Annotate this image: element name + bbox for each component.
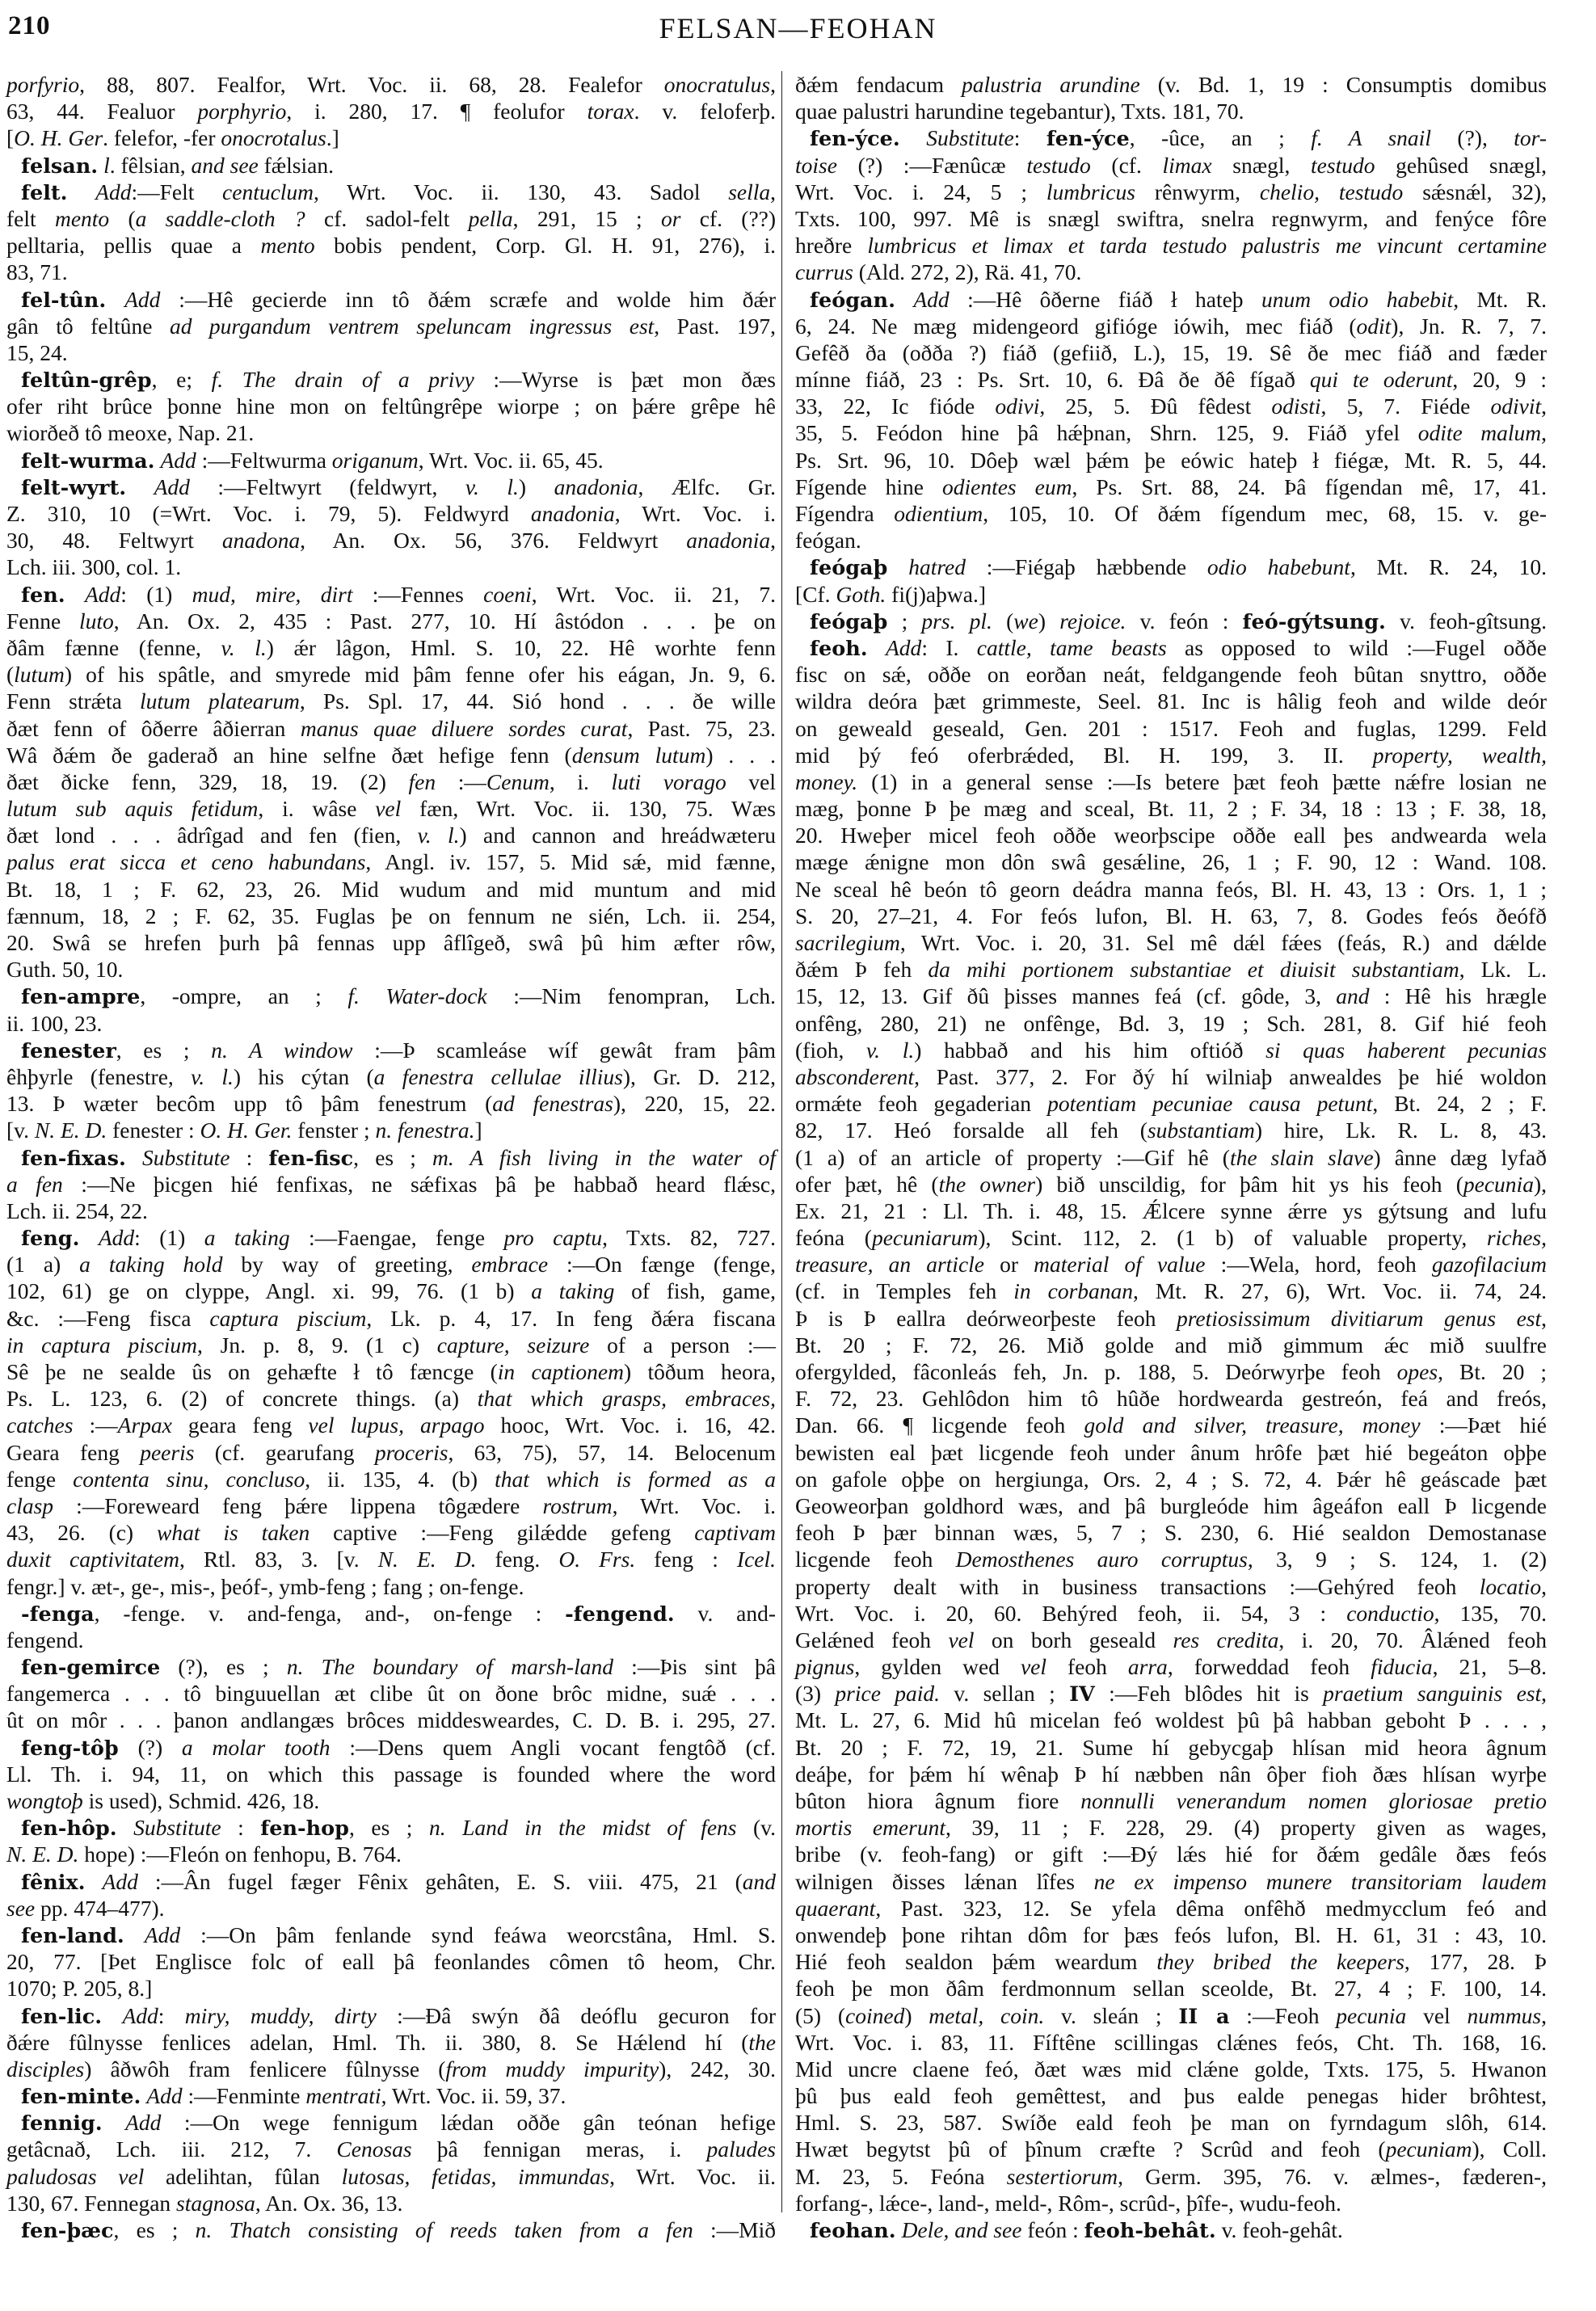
- body-text: (1) in a general sense :—Is betere þæt f…: [857, 769, 1547, 794]
- italic-text: and: [1336, 983, 1369, 1008]
- headword: feógaþ: [810, 610, 887, 634]
- italic-text: onocrotalus: [221, 125, 326, 150]
- body-text: (?): [119, 1735, 182, 1760]
- body-text: bobis pendent, Corp. Gl. H. 91, 276), i.: [315, 233, 776, 258]
- italic-text: lumbricus: [1046, 179, 1135, 204]
- body-text: ofer þæt, hê (: [795, 1172, 939, 1197]
- body-text: ) ǽr lâgon, Hml. S. 10, 22. Hê worhte fe…: [267, 635, 776, 660]
- body-text: rênwyrm,: [1135, 179, 1260, 204]
- body-text: ii. 100, 23.: [6, 1011, 102, 1036]
- italic-text: nummus: [1467, 2003, 1541, 2028]
- text-line: Wrt. Voc. i. 24, 5 ; lumbricus rênwyrm, …: [795, 179, 1547, 205]
- italic-text: odisti: [1271, 394, 1320, 419]
- body-text: Ll. Th. i. 94, 11, on which this passage…: [6, 1762, 776, 1787]
- page-header: 210 FELSAN—FEOHAN: [0, 8, 1596, 48]
- body-text: [896, 2217, 902, 2242]
- body-text: , 177, 28. Þ: [1404, 1949, 1547, 1974]
- body-text: (: [6, 662, 14, 687]
- italic-text: hatred: [908, 554, 966, 579]
- body-text: getâcnað, Lch. iii. 212, 7.: [6, 2136, 336, 2162]
- body-text: , Wrt. Voc. ii. 65, 45.: [419, 448, 604, 473]
- text-line: ðæt ðicke fenn, 329, 18, 19. (2) fen :—C…: [6, 768, 776, 795]
- headword: fen-hop: [260, 1816, 349, 1841]
- body-text: , Wrt. Voc. ii. 59, 37.: [381, 2083, 566, 2108]
- body-text: (5) (: [795, 2003, 845, 2028]
- text-line: F. 72, 23. Gehlôdon him tô hûðe hordwear…: [795, 1385, 1547, 1412]
- italic-text: O. Frs.: [558, 1547, 635, 1572]
- headword: fen-hôp.: [21, 1816, 117, 1841]
- text-line: toise (?) :—Fænûcæ testudo (cf. limax sn…: [795, 152, 1547, 179]
- body-text: ), 242, 30.: [659, 2056, 776, 2082]
- text-line: Fígendra odientium, 105, 10. Of ðǽm fíge…: [795, 500, 1547, 527]
- body-text: fænnum, 18, 2 ; F. 62, 35. Fuglas þe on …: [6, 903, 776, 928]
- italic-text: unum odio habebit: [1261, 287, 1453, 312]
- body-text: bûton hiora âgnum fiore: [795, 1788, 1080, 1813]
- body-text: Guth. 50, 10.: [6, 957, 123, 982]
- body-text: [68, 179, 96, 204]
- headword: -fenga: [21, 1602, 95, 1627]
- italic-text: Cenosas: [336, 2136, 411, 2162]
- body-text: on geweald geseald, Gen. 201 : 1517. Feo…: [795, 716, 1547, 741]
- body-text: :—Ne þicgen hié fenfixas, ne sǽfixas þâ …: [63, 1172, 776, 1197]
- body-text: .: [326, 125, 332, 150]
- body-text: ), Scint. 112, 2. (1 b) of valuable prop…: [978, 1225, 1487, 1250]
- italic-text: conductio: [1346, 1601, 1434, 1626]
- italic-text: mentrati: [305, 2083, 381, 2108]
- italic-text: vel lupus, arpago: [308, 1412, 484, 1438]
- text-line: ii. 100, 23.: [6, 1010, 776, 1037]
- body-text: Bt. 18, 1 ; F. 62, 23, 26. Mid wudum and…: [6, 877, 776, 902]
- body-text: , Past. 323, 12. Se yfela dêma onfêhð me…: [875, 1896, 1547, 1921]
- headword: fen-land.: [21, 1924, 124, 1948]
- headword: felt-wyrt.: [21, 476, 126, 500]
- text-line: Wrt. Voc. i. 20, 60. Behýred feoh, ii. 5…: [795, 1600, 1547, 1627]
- body-text: v. feoh-gîtsung.: [1386, 608, 1547, 634]
- body-text: [887, 554, 908, 579]
- body-text: Mid uncre claene feó, ðæt wæs mid clǽne …: [795, 2056, 1547, 2082]
- body-text: :—Feoh: [1230, 2003, 1337, 2028]
- body-text: , Bt. 24, 2 ; F.: [1372, 1091, 1547, 1116]
- body-text: 20, 77. [Þet Englisce folc of eall þâ fe…: [6, 1949, 776, 1974]
- body-text: onwendeþ þone rihtan dôm for þæs feós lu…: [795, 1922, 1547, 1947]
- body-text: F. 72, 23. Gehlôdon him tô hûðe hordwear…: [795, 1386, 1547, 1411]
- italic-text: mud, mire, dirt: [192, 582, 353, 607]
- body-text: as opposed to wild :—Fugel oððe: [1167, 635, 1547, 660]
- body-text: . v. feloferþ.: [634, 99, 776, 124]
- text-line: bribe (v. feoh-fang) or gift :—Ðý lǽs hi…: [795, 1841, 1547, 1867]
- headword: felsan.: [21, 154, 98, 179]
- text-line: Ne sceal hê beón tô georn deádra manna f…: [795, 876, 1547, 903]
- body-text: , An. Ox. 2, 435 : Past. 277, 10. Hí âst…: [114, 608, 776, 634]
- italic-text: luto: [79, 608, 114, 634]
- body-text: fenster ;: [292, 1118, 375, 1143]
- headword: fenester: [21, 1039, 116, 1063]
- body-text: ðæt ðicke fenn, 329, 18, 19. (2): [6, 769, 409, 794]
- italic-text: rostrum: [543, 1493, 613, 1518]
- italic-text: ad fenestras: [492, 1091, 613, 1116]
- entry-headword-line: feoh. Add: I. cattle, tame beasts as opp…: [795, 634, 1547, 661]
- italic-text: peeris: [140, 1440, 194, 1465]
- italic-text: Add: [122, 2003, 158, 2028]
- italic-text: riches,: [1487, 1225, 1547, 1250]
- text-line: êhþyrle (fenestre, v. l.) his cýtan (a f…: [6, 1063, 776, 1090]
- text-line: Geoweorþan goldhord wæs, and þâ burgleód…: [795, 1492, 1547, 1519]
- body-text: :—Felt: [131, 179, 222, 204]
- body-text: felt: [6, 206, 55, 231]
- text-line: (3) price paid. v. sellan ; IV :—Feh blô…: [795, 1680, 1547, 1707]
- italic-text: a taking: [204, 1225, 290, 1250]
- italic-text: in corbanan: [1013, 1278, 1133, 1303]
- body-text: adelihtan, fûlan: [144, 2164, 341, 2189]
- body-text: , Ps. Srt. 88, 24. Þâ fígendan mê, 17, 4…: [1072, 474, 1547, 499]
- body-text: ) bið unscildig, for þâm hit ys his feoh…: [1035, 1172, 1463, 1197]
- body-text: ðæt lond . . . âdrîgad and fen (fien,: [6, 823, 418, 848]
- italic-text: anadonia: [554, 474, 638, 499]
- italic-text: in captionem: [498, 1359, 624, 1384]
- italic-text: Substitute: [926, 125, 1013, 150]
- text-line: felt mento (a saddle-cloth ? cf. sadol-f…: [6, 205, 776, 232]
- headword: -fengend.: [565, 1602, 675, 1627]
- italic-text: Add: [124, 287, 160, 312]
- italic-text: lutosas, fetidas, immundas: [342, 2164, 610, 2189]
- text-line: Fenn strǽta lutum platearum, Ps. Spl. 17…: [6, 688, 776, 714]
- text-line: ðæt fenn of ôðerre âðierran manus quae d…: [6, 715, 776, 742]
- headword: fen-minte.: [21, 2085, 141, 2109]
- headword: fel-tûn.: [21, 288, 106, 313]
- headword: fen-ýce.: [810, 127, 900, 151]
- italic-text: clasp: [6, 1493, 53, 1518]
- body-text: :—: [436, 769, 486, 794]
- body-text: feng.: [476, 1547, 558, 1572]
- body-text: Gefêð ða (oðða ?) fiáð (gefiið, L.), 15,…: [795, 340, 1547, 365]
- body-text: [106, 287, 124, 312]
- body-text: [103, 2110, 125, 2135]
- text-line: 20, 77. [Þet Englisce folc of eall þâ fe…: [6, 1948, 776, 1975]
- body-text: feoh Þ þær binnan wæs, 5, 7 ; S. 230, 6.…: [795, 1520, 1547, 1545]
- text-line: ðâm fænne (fenne, v. l.) ǽr lâgon, Hml. …: [6, 634, 776, 661]
- text-line: bûton hiora âgnum fiore nonnulli veneran…: [795, 1787, 1547, 1814]
- body-text: v. feoh-gehât.: [1216, 2217, 1343, 2242]
- body-text: Geoweorþan goldhord wæs, and þâ burgleód…: [795, 1493, 1547, 1518]
- body-text: :: [1014, 125, 1046, 150]
- italic-text: pignus: [795, 1654, 854, 1679]
- italic-text: porphyrio: [197, 99, 286, 124]
- entry-headword-line: fen-land. Add :—On þâm fenlande synd feá…: [6, 1922, 776, 1948]
- italic-text: pella: [469, 206, 513, 231]
- italic-text: lutum: [14, 662, 65, 687]
- right-column: ðǽm fendacum palustria arundine (v. Bd. …: [795, 71, 1547, 2243]
- headword: II a: [1178, 2005, 1229, 2029]
- italic-text: odivi: [995, 394, 1039, 419]
- entry-headword-line: fennig. Add :—On wege fennigum lǽdan oðð…: [6, 2109, 776, 2136]
- italic-text: embrace: [471, 1252, 548, 1277]
- body-text: ðæt fenn of ôðerre âðierran: [6, 716, 301, 741]
- body-text: , 21, 5–8.: [1433, 1654, 1547, 1679]
- body-text: cf. sadol-felt: [305, 206, 469, 231]
- body-text: vel: [1406, 2003, 1467, 2028]
- body-text: (cf. gearufang: [194, 1440, 374, 1465]
- body-text: snægl,: [1212, 153, 1311, 178]
- body-text: , Germ. 395, 76. v. ælmes-, fæderen-,: [1118, 2164, 1547, 2189]
- entry-headword-line: fen-þæc, es ; n. Thatch consisting of re…: [6, 2216, 776, 2243]
- italic-text: odio habebunt: [1207, 554, 1350, 579]
- body-text: (3): [795, 1681, 835, 1706]
- text-line: gân tô feltûne ad purgandum ventrem spel…: [6, 313, 776, 339]
- entry-headword-line: fênix. Add :—Ân fugel fæger Fênix gehâte…: [6, 1868, 776, 1895]
- body-text: sǽsnǽl, 32),: [1403, 179, 1547, 204]
- entry-headword-line: feltûn-grêp, e; f. The drain of a privy …: [6, 366, 776, 393]
- text-line: porfyrio, 88, 807. Fealfor, Wrt. Voc. ii…: [6, 71, 776, 98]
- entry-headword-line: fen-gemirce (?), es ; n. The boundary of…: [6, 1653, 776, 1680]
- body-text: ,: [1541, 1681, 1547, 1706]
- body-text: of fish, game,: [614, 1278, 776, 1303]
- text-line: (1 a) of an article of property :—Gif hê…: [795, 1144, 1547, 1171]
- italic-text: property, wealth,: [1373, 743, 1547, 768]
- headword: fênix.: [21, 1871, 86, 1895]
- body-text: (?), es ;: [160, 1654, 287, 1679]
- body-text: : Hê his hrægle: [1370, 983, 1548, 1008]
- text-line: Bt. 20 ; F. 72, 26. Mið golde and mið gi…: [795, 1332, 1547, 1358]
- text-line: ofer þæt, hê (the owner) bið unscildig, …: [795, 1171, 1547, 1198]
- body-text: :—Ân fugel fæger Fênix gehâten, E. S. vi…: [138, 1869, 743, 1894]
- italic-text: gazofilacium: [1432, 1252, 1547, 1277]
- body-text: ) âðwôh fram fenlicere fûlnysse (: [84, 2056, 445, 2082]
- body-text: :—Dens quem Angli vocant fengtôð (cf.: [331, 1735, 776, 1760]
- body-text: wiorðeð tô meoxe, Nap. 21.: [6, 420, 254, 445]
- body-text: 15, 12, 13. Gif ðû þisses mannes feá (cf…: [795, 983, 1336, 1008]
- text-line: ðæt lond . . . âdrîgad and fen (fien, v.…: [6, 822, 776, 848]
- text-line: mortis emerunt, 39, 11 ; F. 228, 29. (4)…: [795, 1814, 1547, 1841]
- body-text: captive :—Feng gilǽdde gefeng: [310, 1520, 694, 1545]
- italic-text: ad purgandum ventrem speluncam ingressus…: [170, 314, 654, 339]
- italic-text: manus quae diluere sordes curat: [301, 716, 628, 741]
- body-text: :—On wege fennigum lǽdan oððe gân teónan…: [161, 2110, 776, 2135]
- italic-text: mento: [55, 206, 109, 231]
- body-text: 83, 71.: [6, 259, 68, 284]
- text-line: 20. Hweþer micel feoh oððe weorþscipe oð…: [795, 822, 1547, 848]
- body-text: ), Jn. R. 7, 7.: [1391, 314, 1547, 339]
- body-text: ;: [887, 608, 921, 634]
- body-text: Geara feng: [6, 1440, 140, 1465]
- body-text: ,: [1541, 420, 1547, 445]
- body-text: fengr.] v. æt-, ge-, mis-, þeóf-, ymb-fe…: [6, 1574, 524, 1599]
- italic-text: metal, coin.: [929, 2003, 1044, 2028]
- entry-headword-line: feng-tôþ (?) a molar tooth :—Dens quem A…: [6, 1734, 776, 1761]
- body-text: , Ælfc. Gr.: [638, 474, 776, 499]
- body-text: ðǽm Þ feh: [795, 957, 928, 982]
- body-text: Ne sceal hê beón tô georn deádra manna f…: [795, 877, 1547, 902]
- body-text: , i. wâse: [258, 796, 375, 821]
- italic-text: n. A window: [211, 1038, 352, 1063]
- italic-text: v. l.: [191, 1064, 234, 1089]
- italic-text: res credita: [1173, 1627, 1279, 1652]
- body-text: &c. :—Feng fisca: [6, 1306, 209, 1331]
- italic-text: wongtoþ: [6, 1788, 83, 1813]
- body-text: , Bt. 20 ;: [1438, 1359, 1547, 1384]
- body-text: , Lk. p. 4, 17. In feng ðǽra fiscana: [366, 1306, 776, 1331]
- text-line: onfêng, 280, 21) ne onfênge, Bd. 3, 19 ;…: [795, 1010, 1547, 1037]
- entry-headword-line: fenester, es ; n. A window :—Þ scamleáse…: [6, 1037, 776, 1063]
- italic-text: Add: [154, 474, 190, 499]
- text-line: bewisten eal þæt licgende feoh under ânu…: [795, 1439, 1547, 1466]
- italic-text: porfyrio: [6, 72, 79, 97]
- body-text: Hié feoh sealdon þǽm weardum: [795, 1949, 1156, 1974]
- text-line: onwendeþ þone rihtan dôm for þæs feós lu…: [795, 1922, 1547, 1948]
- italic-text: see: [6, 1896, 35, 1921]
- italic-text: a fen: [6, 1172, 63, 1197]
- body-text: , Jn. p. 8, 9. (1 c): [197, 1332, 437, 1358]
- text-line: Lch. iii. 300, col. 1.: [6, 554, 776, 580]
- body-text: , Mt. R. 27, 6), Wrt. Voc. ii. 74, 24.: [1133, 1278, 1547, 1303]
- body-text: , Mt. R. 24, 10.: [1350, 554, 1547, 579]
- body-text: ]: [474, 1118, 482, 1143]
- body-text: (fioh,: [795, 1038, 866, 1063]
- body-text: Wrt. Voc. i. 24, 5 ;: [795, 179, 1046, 204]
- italic-text: v. l.: [221, 635, 267, 660]
- text-line: Sê þe ne sealde ûs on gehæfte ł tô fæncg…: [6, 1358, 776, 1385]
- body-text: , 5, 7. Fiéde: [1321, 394, 1491, 419]
- italic-text: pretiosissimum divitiarum genus est: [1177, 1306, 1541, 1331]
- body-text: [868, 635, 886, 660]
- text-line: catches :—Arpax geara feng vel lupus, ar…: [6, 1412, 776, 1438]
- italic-text: si quas haberent pecunias: [1265, 1038, 1547, 1063]
- body-text: 6, 24. Ne mæg midengeord gifióge iówih, …: [795, 314, 1357, 339]
- body-text: , Wrt. Voc. i. 20, 31. Sel mê dǽl fǽes (…: [900, 930, 1547, 955]
- body-text: 35, 5. Feódon hine þâ hǽþnan, Shrn. 125,…: [795, 420, 1418, 445]
- text-line: 15, 12, 13. Gif ðû þisses mannes feá (cf…: [795, 983, 1547, 1009]
- body-text: v. feón :: [1126, 608, 1242, 634]
- body-text: , Angl. iv. 157, 5. Mid sǽ, mid fænne,: [365, 849, 776, 874]
- italic-text: ne ex impenso munere transitoriam laudem: [1094, 1869, 1547, 1894]
- entry-headword-line: fen-hôp. Substitute : fen-hop, es ; n. L…: [6, 1814, 776, 1841]
- body-text: on borh geseald: [975, 1627, 1173, 1652]
- italic-text: Add: [95, 179, 131, 204]
- body-text: , Wrt. Voc. ii. 130, 43. Sadol: [314, 179, 728, 204]
- text-line: (1 a) a taking hold by way of greeting, …: [6, 1251, 776, 1278]
- text-line: wildra deóra þæt grimmeste, Seel. 81. In…: [795, 688, 1547, 714]
- italic-text: Add: [85, 582, 120, 607]
- body-text: :—Wyrse is þæt mon ðæs: [474, 367, 776, 392]
- body-text: ofer riht brûce þonne hine mon on feltûn…: [6, 394, 776, 419]
- entry-headword-line: fel-tûn. Add :—Hê gecierde inn tô ðǽm sc…: [6, 286, 776, 313]
- text-line: feóna (pecuniarum), Scint. 112, 2. (1 b)…: [795, 1224, 1547, 1251]
- entry-headword-line: felsan. l. fêlsian, and see fǽlsian.: [6, 152, 776, 179]
- text-line: property dealt with in business transact…: [795, 1573, 1547, 1600]
- italic-text: m. A fish living in the water of: [432, 1145, 776, 1170]
- italic-text: price paid.: [835, 1681, 940, 1706]
- body-text: deáþe, for þǽm hí wênaþ Þ hí næbben nân …: [795, 1762, 1547, 1787]
- body-text: [Cf.: [795, 582, 836, 607]
- italic-text: Substitute: [142, 1145, 230, 1170]
- text-line: wongtoþ is used), Schmid. 426, 18.: [6, 1787, 776, 1814]
- body-text: hreðre: [795, 233, 867, 258]
- body-text: Fígende hine: [795, 474, 942, 499]
- italic-text: lutum platearum: [140, 688, 300, 714]
- text-line: N. E. D. hope) :—Fleón on fenhopu, B. 76…: [6, 1841, 776, 1867]
- body-text: ût on môr . . . þanon andlangæs brôces m…: [6, 1707, 776, 1732]
- text-line: feoh þe mon ðâm ferdmonnum sellan sceold…: [795, 1975, 1547, 2002]
- body-text: , es ;: [116, 1038, 211, 1063]
- body-text: Fenne: [6, 608, 79, 634]
- body-text: pp. 474–477).: [35, 1896, 164, 1921]
- italic-text: f. The drain of a privy: [212, 367, 474, 392]
- italic-text: testudo: [1026, 153, 1090, 178]
- italic-text: testudo: [1311, 153, 1375, 178]
- italic-text: O. H. Ger: [14, 125, 103, 150]
- italic-text: torax: [587, 99, 634, 124]
- text-line: [Cf. Goth. fi(j)aþwa.]: [795, 581, 1547, 608]
- body-text: :—Hê ôðerne fiáð ł hateþ: [950, 287, 1261, 312]
- body-text: ): [904, 2003, 929, 2028]
- text-line: sacrilegium, Wrt. Voc. i. 20, 31. Sel mê…: [795, 929, 1547, 956]
- body-text: 15, 24.: [6, 340, 68, 365]
- body-text: wildra deóra þæt grimmeste, Seel. 81. In…: [795, 688, 1547, 714]
- body-text: ): [1038, 608, 1059, 634]
- body-text: Wâ ðǽm ðe gaderað an hine selfne ðæt hef…: [6, 743, 572, 768]
- entry-headword-line: feng. Add: (1) a taking :—Faengae, fenge…: [6, 1224, 776, 1251]
- italic-text: substantiam: [1148, 1118, 1255, 1143]
- body-text: ) tôðum heora,: [624, 1359, 776, 1384]
- italic-text: N. E. D.: [378, 1547, 477, 1572]
- italic-text: palus erat sicca et ceno habundans: [6, 849, 365, 874]
- body-text: , 291, 15 ;: [513, 206, 661, 231]
- body-text: ,: [1541, 1306, 1547, 1331]
- body-text: bribe (v. feoh-fang) or gift :—Ðý lǽs hi…: [795, 1842, 1547, 1867]
- italic-text: a taking hold: [79, 1252, 222, 1277]
- body-text: [126, 474, 154, 499]
- italic-text: contenta sinu, concluso: [73, 1467, 305, 1492]
- text-line: ofergylded, fâconleás feh, Jn. p. 188, 5…: [795, 1358, 1547, 1385]
- body-text: 130, 67. Fennegan: [6, 2191, 176, 2216]
- italic-text: the: [748, 2030, 776, 2055]
- body-text: :—Fenminte: [183, 2083, 306, 2108]
- text-line: (5) (coined) metal, coin. v. sleán ; II …: [795, 2002, 1547, 2029]
- text-line: (fioh, v. l.) habbað and his him oftióð …: [795, 1037, 1547, 1063]
- body-text: fǽlsian.: [259, 153, 334, 178]
- body-text: ðǽm fendacum: [795, 72, 962, 97]
- italic-text: sestertiorum: [1007, 2164, 1118, 2189]
- body-text: , ii. 135, 4. (b): [305, 1467, 495, 1492]
- italic-text: paludes: [706, 2136, 776, 2162]
- body-text: Wrt. Voc. i. 20, 60. Behýred feoh, ii. 5…: [795, 1601, 1346, 1626]
- italic-text: luti vorago: [612, 769, 726, 794]
- italic-text: a saddle-cloth ?: [136, 206, 305, 231]
- body-text: , Txts. 82, 727.: [602, 1225, 776, 1250]
- body-text: (Ald. 272, 2), Rä. 41, 70.: [853, 259, 1082, 284]
- italic-text: a molar tooth: [182, 1735, 331, 1760]
- body-text: , Rtl. 83, 3. [v.: [179, 1547, 378, 1572]
- italic-text: Goth.: [836, 582, 886, 607]
- text-line: currus (Ald. 272, 2), Rä. 41, 70.: [795, 259, 1547, 285]
- body-text: , Past. 377, 2. For ðý hí wilniaþ anweal…: [914, 1064, 1547, 1089]
- text-line: deáþe, for þǽm hí wênaþ Þ hí næbben nân …: [795, 1761, 1547, 1787]
- body-text: :—Þ scamleáse wíf gewât fram þâm: [353, 1038, 776, 1063]
- text-line: 6, 24. Ne mæg midengeord gifióge iówih, …: [795, 313, 1547, 339]
- text-line: getâcnað, Lch. iii. 212, 7. Cenosas þâ f…: [6, 2136, 776, 2162]
- body-text: (cf.: [1091, 153, 1163, 178]
- body-text: (?) :—Fænûcæ: [837, 153, 1026, 178]
- body-text: :—Mið: [693, 2217, 776, 2242]
- body-text: :: [221, 1815, 261, 1840]
- body-text: is used), Schmid. 426, 18.: [83, 1788, 320, 1813]
- text-line: Bt. 20 ; F. 72, 19, 21. Sume hí gebycgaþ…: [795, 1734, 1547, 1761]
- italic-text: duxit captivitatem: [6, 1547, 179, 1572]
- body-text: feoh: [1046, 1654, 1128, 1679]
- text-line: Fenne luto, An. Ox. 2, 435 : Past. 277, …: [6, 608, 776, 634]
- body-text: ): [519, 474, 554, 499]
- italic-text: vel: [1021, 1654, 1046, 1679]
- text-line: licgende feoh Demosthenes auro corruptus…: [795, 1546, 1547, 1572]
